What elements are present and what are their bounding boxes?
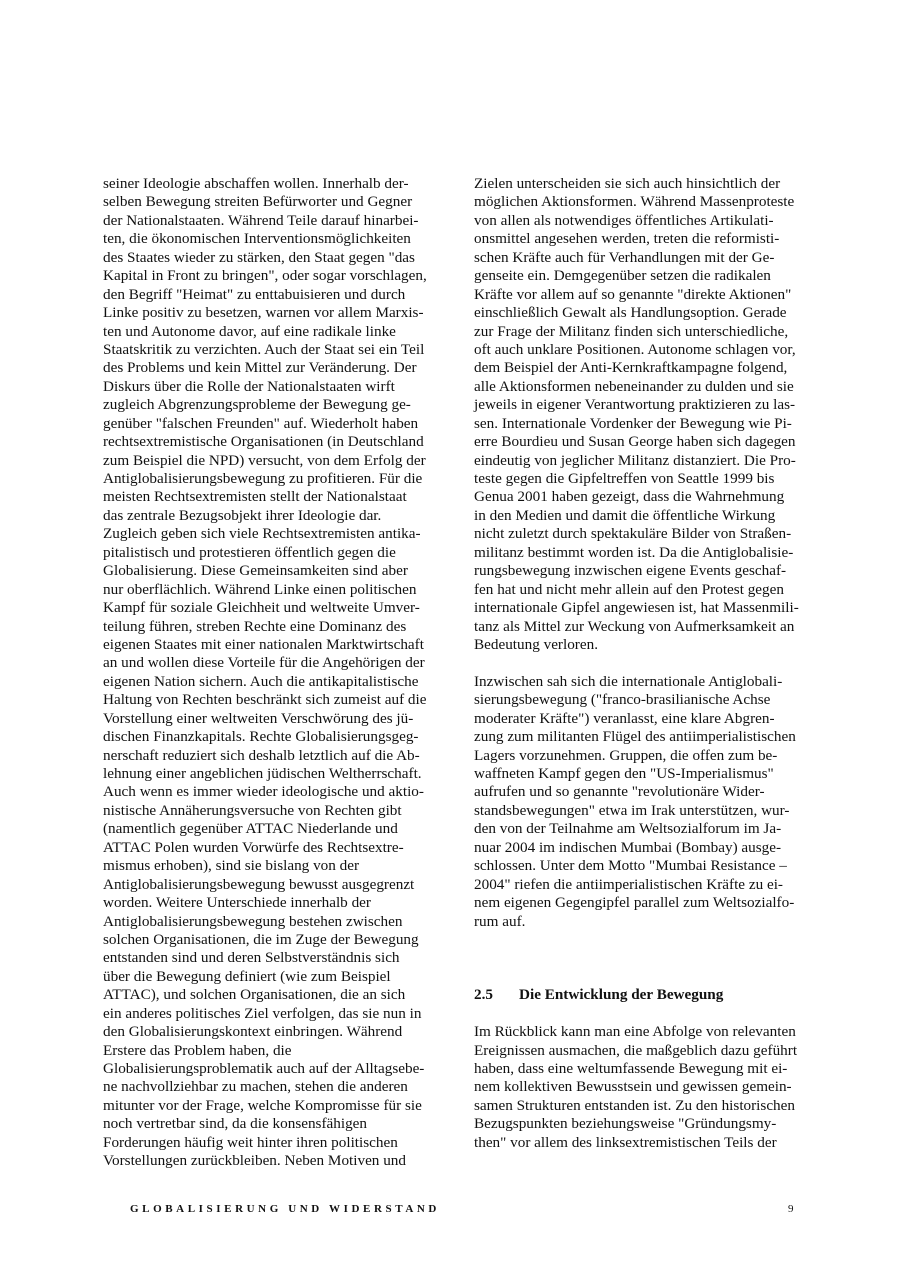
text-line: Zugleich geben sich viele Rechtsextremis… xyxy=(103,525,438,543)
text-line: Globalisierung. Diese Gemeinsamkeiten si… xyxy=(103,562,438,580)
text-line: dem Beispiel der Anti-Kernkraftkampagne … xyxy=(474,359,809,377)
text-line: Erstere das Problem haben, die xyxy=(103,1042,438,1060)
paragraph-spacer xyxy=(474,968,809,986)
text-line: worden. Weitere Unterschiede innerhalb d… xyxy=(103,894,438,912)
text-line: ten, die ökonomischen Interventionsmögli… xyxy=(103,230,438,248)
text-line: jeweils in eigener Verantwortung praktiz… xyxy=(474,396,809,414)
text-line: Diskurs über die Rolle der Nationalstaat… xyxy=(103,378,438,396)
text-line: Kräfte vor allem auf so genannte "direkt… xyxy=(474,286,809,304)
text-line: dischen Finanzkapitals. Rechte Globalisi… xyxy=(103,728,438,746)
section-heading: 2.5Die Entwicklung der Bewegung xyxy=(474,986,809,1004)
text-line: eigenen Nation sichern. Auch die antikap… xyxy=(103,673,438,691)
text-line: aufrufen und so genannte "revolutionäre … xyxy=(474,783,809,801)
text-line: fen hat und nicht mehr allein auf den Pr… xyxy=(474,581,809,599)
text-line: meisten Rechtsextremisten stellt der Nat… xyxy=(103,488,438,506)
text-line: zugleich Abgrenzungsprobleme der Bewegun… xyxy=(103,396,438,414)
text-line: oft auch unklare Positionen. Autonome sc… xyxy=(474,341,809,359)
section-title: Die Entwicklung der Bewegung xyxy=(519,986,723,1003)
right-column: Zielen unterscheiden sie sich auch hinsi… xyxy=(474,175,809,1152)
text-line: den Begriff "Heimat" zu enttabuisieren u… xyxy=(103,286,438,304)
text-line: ne nachvollziehbar zu machen, stehen die… xyxy=(103,1078,438,1096)
page-number: 9 xyxy=(788,1203,794,1215)
paragraph-mumbai: Inzwischen sah sich die internationale A… xyxy=(474,673,809,931)
document-page: seiner Ideologie abschaffen wollen. Inne… xyxy=(0,0,900,1273)
text-line: nur oberflächlich. Während Linke einen p… xyxy=(103,581,438,599)
text-line: des Staates wieder zu stärken, den Staat… xyxy=(103,249,438,267)
text-line: einschließlich Gewalt als Handlungsoptio… xyxy=(474,304,809,322)
text-line: pitalistisch und protestieren öffentlich… xyxy=(103,544,438,562)
section-number: 2.5 xyxy=(474,986,519,1004)
text-line: nerschaft reduziert sich deshalb letztli… xyxy=(103,747,438,765)
paragraph-spacer xyxy=(474,1005,809,1023)
text-line: genüber "falschen Freunden" auf. Wiederh… xyxy=(103,415,438,433)
text-line: Im Rückblick kann man eine Abfolge von r… xyxy=(474,1023,809,1041)
text-line: den Globalisierungskontext einbringen. W… xyxy=(103,1023,438,1041)
text-line: Auch wenn es immer wieder ideologische u… xyxy=(103,783,438,801)
text-line: schen Kräfte auch für Verhandlungen mit … xyxy=(474,249,809,267)
text-line: alle Aktionsformen nebeneinander zu duld… xyxy=(474,378,809,396)
text-line: von allen als notwendiges öffentliches A… xyxy=(474,212,809,230)
text-line: Vorstellung einer weltweiten Verschwörun… xyxy=(103,710,438,728)
text-line: waffneten Kampf gegen den "US-Imperialis… xyxy=(474,765,809,783)
text-line: zung zum militanten Flügel des antiimper… xyxy=(474,728,809,746)
text-line: lehnung einer angeblichen jüdischen Welt… xyxy=(103,765,438,783)
text-line: sierungsbewegung ("franco-brasilianische… xyxy=(474,691,809,709)
text-line: seiner Ideologie abschaffen wollen. Inne… xyxy=(103,175,438,193)
text-line: Vorstellungen zurückbleiben. Neben Motiv… xyxy=(103,1152,438,1170)
text-line: selben Bewegung streiten Befürworter und… xyxy=(103,193,438,211)
text-line: Zielen unterscheiden sie sich auch hinsi… xyxy=(474,175,809,193)
text-line: rungsbewegung inzwischen eigene Events g… xyxy=(474,562,809,580)
text-line: militanz bestimmt worden ist. Da die Ant… xyxy=(474,544,809,562)
text-line: samen Strukturen entstanden ist. Zu den … xyxy=(474,1097,809,1115)
text-line: Haltung von Rechten beschränkt sich zume… xyxy=(103,691,438,709)
text-line: haben, dass eine weltumfassende Bewegung… xyxy=(474,1060,809,1078)
text-line: Lagers vorzunehmen. Gruppen, die offen z… xyxy=(474,747,809,765)
text-line: rum auf. xyxy=(474,913,809,931)
text-line: ten und Autonome davor, auf eine radikal… xyxy=(103,323,438,341)
text-line: der Nationalstaaten. Während Teile darau… xyxy=(103,212,438,230)
text-line: nuar 2004 im indischen Mumbai (Bombay) a… xyxy=(474,839,809,857)
running-footer-title: GLOBALISIERUNG UND WIDERSTAND xyxy=(130,1203,440,1215)
text-line: onsmittel angesehen werden, treten die r… xyxy=(474,230,809,248)
text-line: das zentrale Bezugsobjekt ihrer Ideologi… xyxy=(103,507,438,525)
text-line: Inzwischen sah sich die internationale A… xyxy=(474,673,809,691)
text-line: zur Frage der Militanz finden sich unter… xyxy=(474,323,809,341)
text-line: sen. Internationale Vordenker der Bewegu… xyxy=(474,415,809,433)
text-line: Forderungen häufig weit hinter ihren pol… xyxy=(103,1134,438,1152)
paragraph-action-forms: Zielen unterscheiden sie sich auch hinsi… xyxy=(474,175,809,654)
text-line: eindeutig von jeglicher Militanz distanz… xyxy=(474,452,809,470)
text-line: nistische Annäherungsversuche von Rechte… xyxy=(103,802,438,820)
text-line: Bedeutung verloren. xyxy=(474,636,809,654)
text-line: den von der Teilnahme am Weltsozialforum… xyxy=(474,820,809,838)
text-line: möglichen Aktionsformen. Während Massenp… xyxy=(474,193,809,211)
paragraph-spacer xyxy=(474,654,809,672)
text-line: Bezugspunkten beziehungsweise "Gründungs… xyxy=(474,1115,809,1133)
text-line: nicht zuletzt durch spektakuläre Bilder … xyxy=(474,525,809,543)
text-line: noch vertretbar sind, da die konsensfähi… xyxy=(103,1115,438,1133)
text-line: Kapital in Front zu bringen", oder sogar… xyxy=(103,267,438,285)
text-line: ATTAC Polen wurden Vorwürfe des Rechtsex… xyxy=(103,839,438,857)
text-line: genseite ein. Demgegenüber setzen die ra… xyxy=(474,267,809,285)
text-line: (namentlich gegenüber ATTAC Niederlande … xyxy=(103,820,438,838)
text-line: mismus erhoben), sind sie bislang von de… xyxy=(103,857,438,875)
text-line: ein anderes politisches Ziel verfolgen, … xyxy=(103,1005,438,1023)
text-line: then" vor allem des linksextremistischen… xyxy=(474,1134,809,1152)
text-line: ATTAC), und solchen Organisationen, die … xyxy=(103,986,438,1004)
left-column: seiner Ideologie abschaffen wollen. Inne… xyxy=(103,175,438,1171)
text-line: Kampf für soziale Gleichheit und weltwei… xyxy=(103,599,438,617)
text-line: nem eigenen Gegengipfel parallel zum Wel… xyxy=(474,894,809,912)
text-line: rechtsextremistische Organisationen (in … xyxy=(103,433,438,451)
text-line: Genua 2001 haben gezeigt, dass die Wahrn… xyxy=(474,488,809,506)
text-line: solchen Organisationen, die im Zuge der … xyxy=(103,931,438,949)
text-line: entstanden sind und deren Selbstverständ… xyxy=(103,949,438,967)
text-line: Staatskritik zu verzichten. Auch der Sta… xyxy=(103,341,438,359)
text-line: standsbewegungen" etwa im Irak unterstüt… xyxy=(474,802,809,820)
text-line: teste gegen die Gipfeltreffen von Seattl… xyxy=(474,470,809,488)
text-line: 2004" riefen die antiimperialistischen K… xyxy=(474,876,809,894)
text-line: des Problems und kein Mittel zur Verände… xyxy=(103,359,438,377)
paragraph-development: Im Rückblick kann man eine Abfolge von r… xyxy=(474,1023,809,1152)
paragraph-spacer xyxy=(474,931,809,949)
text-line: teilung führen, streben Rechte eine Domi… xyxy=(103,618,438,636)
text-line: Linke positiv zu besetzen, warnen vor al… xyxy=(103,304,438,322)
text-line: schlossen. Unter dem Motto "Mumbai Resis… xyxy=(474,857,809,875)
text-line: zum Beispiel die NPD) versucht, von dem … xyxy=(103,452,438,470)
text-line: Ereignissen ausmachen, die maßgeblich da… xyxy=(474,1042,809,1060)
text-line: Antiglobalisierungsbewegung bewusst ausg… xyxy=(103,876,438,894)
text-line: Antiglobalisierungsbewegung bestehen zwi… xyxy=(103,913,438,931)
text-line: moderater Kräfte") veranlasst, eine klar… xyxy=(474,710,809,728)
text-line: erre Bourdieu und Susan George haben sic… xyxy=(474,433,809,451)
text-line: internationale Gipfel angewiesen ist, ha… xyxy=(474,599,809,617)
text-line: Antiglobalisierungsbewegung zu profitier… xyxy=(103,470,438,488)
text-line: eigenen Staates mit einer nationalen Mar… xyxy=(103,636,438,654)
text-line: über die Bewegung definiert (wie zum Bei… xyxy=(103,968,438,986)
paragraph-spacer xyxy=(474,949,809,967)
text-line: mitunter vor der Frage, welche Kompromis… xyxy=(103,1097,438,1115)
text-line: Globalisierungsproblematik auch auf der … xyxy=(103,1060,438,1078)
text-line: an und wollen diese Vorteile für die Ang… xyxy=(103,654,438,672)
text-line: nem kollektiven Bewusstsein und gewissen… xyxy=(474,1078,809,1096)
text-line: in den Medien und damit die öffentliche … xyxy=(474,507,809,525)
text-line: tanz als Mittel zur Weckung von Aufmerks… xyxy=(474,618,809,636)
